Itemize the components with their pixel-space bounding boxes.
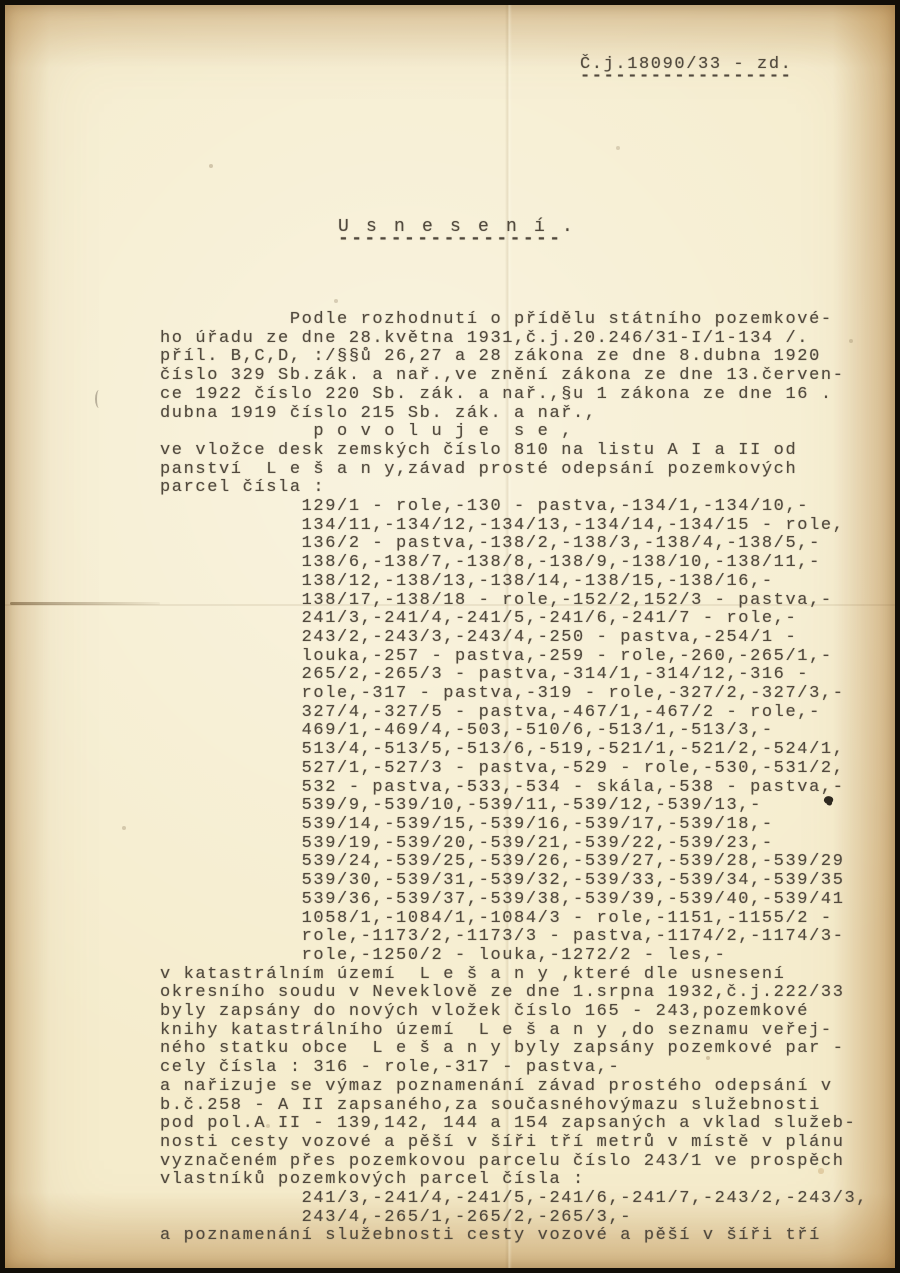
text-line: 243/2,-243/3,-243/4,-250 - pastva,-254/1… — [160, 629, 868, 648]
text-line: b.č.258 - A II zapsaného,za současnéhový… — [160, 1097, 868, 1116]
text-line: 539/14,-539/15,-539/16,-539/17,-539/18,- — [160, 816, 868, 835]
text-line: vlastníků pozemkových parcel čísla : — [160, 1171, 868, 1190]
document-title-block: U s n e s e n í . ----------------- — [338, 217, 576, 249]
text-line: 243/4,-265/1,-265/2,-265/3,- — [160, 1209, 868, 1228]
text-line: role,-1250/2 - louka,-1272/2 - les,- — [160, 947, 868, 966]
text-line: 138/17,-138/18 - role,-152/2,152/3 - pas… — [160, 592, 868, 611]
text-line: 265/2,-265/3 - pastva,-314/1,-314/12,-31… — [160, 666, 868, 685]
text-line: byly zapsány do nových vložek číslo 165 … — [160, 1003, 868, 1022]
text-line: 327/4,-327/5 - pastva,-467/1,-467/2 - ro… — [160, 704, 868, 723]
text-line: 241/3,-241/4,-241/5,-241/6,-241/7 - role… — [160, 610, 868, 629]
text-line: 527/1,-527/3 - pastva,-529 - role,-530,-… — [160, 760, 868, 779]
text-line: 138/12,-138/13,-138/14,-138/15,-138/16,- — [160, 573, 868, 592]
title-underline: ----------------- — [338, 229, 576, 249]
reference-number-block: Č.j.18090/33 - zd. ------------------ — [580, 55, 792, 86]
text-line: 1058/1,-1084/1,-1084/3 - role,-1151,-115… — [160, 910, 868, 929]
text-line: 513/4,-513/5,-513/6,-519,-521/1,-521/2,-… — [160, 741, 868, 760]
text-line: 539/9,-539/10,-539/11,-539/12,-539/13,- — [160, 797, 868, 816]
text-line: 539/30,-539/31,-539/32,-539/33,-539/34,-… — [160, 872, 868, 891]
text-line: Podle rozhodnutí o přídělu státního poze… — [160, 311, 868, 330]
text-line: 241/3,-241/4,-241/5,-241/6,-241/7,-243/2… — [160, 1190, 868, 1209]
text-line: ho úřadu ze dne 28.května 1931,č.j.20.24… — [160, 330, 868, 349]
text-line: číslo 329 Sb.zák. a nař.,ve znění zákona… — [160, 367, 868, 386]
text-line: 539/24,-539/25,-539/26,-539/27,-539/28,-… — [160, 853, 868, 872]
text-line: 136/2 - pastva,-138/2,-138/3,-138/4,-138… — [160, 535, 868, 554]
scanned-document-page: Č.j.18090/33 - zd. ------------------ U … — [0, 0, 900, 1273]
horizontal-fold-crease — [10, 602, 160, 605]
text-line: cely čísla : 316 - role,-317 - pastva,- — [160, 1059, 868, 1078]
text-line: ve vložce desk zemských číslo 810 na lis… — [160, 442, 868, 461]
text-line: role,-1173/2,-1173/3 - pastva,-1174/2,-1… — [160, 928, 868, 947]
text-line: a nařizuje se výmaz poznamenání závad pr… — [160, 1078, 868, 1097]
text-line: 129/1 - role,-130 - pastva,-134/1,-134/1… — [160, 498, 868, 517]
text-line: vyznačeném přes pozemkovou parcelu číslo… — [160, 1153, 868, 1172]
document-body: Podle rozhodnutí o přídělu státního poze… — [160, 311, 868, 1246]
text-line: 138/6,-138/7,-138/8,-138/9,-138/10,-138/… — [160, 554, 868, 573]
text-line: 134/11,-134/12,-134/13,-134/14,-134/15 -… — [160, 517, 868, 536]
text-line: ného statku obce L e š a n y byly zapsán… — [160, 1040, 868, 1059]
text-line: panství L e š a n y,závad prosté odepsán… — [160, 461, 868, 480]
text-line: louka,-257 - pastva,-259 - role,-260,-26… — [160, 648, 868, 667]
text-line: 539/36,-539/37,-539/38,-539/39,-539/40,-… — [160, 891, 868, 910]
text-line: role,-317 - pastva,-319 - role,-327/2,-3… — [160, 685, 868, 704]
paper-speckles — [5, 5, 7, 7]
text-line: ce 1922 číslo 220 Sb. zák. a nař.,§u 1 z… — [160, 386, 868, 405]
text-line: pod pol.A II - 139,142, 144 a 154 zapsan… — [160, 1115, 868, 1134]
text-line: nosti cesty vozové a pěší v šíři tří met… — [160, 1134, 868, 1153]
text-line: 539/19,-539/20,-539/21,-539/22,-539/23,- — [160, 835, 868, 854]
text-line: okresního soudu v Neveklově ze dne 1.srp… — [160, 984, 868, 1003]
text-line: knihy katastrálního území L e š a n y ,d… — [160, 1022, 868, 1041]
margin-pencil-mark — [95, 390, 103, 408]
text-line: v katastrálním území L e š a n y ,které … — [160, 966, 868, 985]
text-line: dubna 1919 číslo 215 Sb. zák. a nař., — [160, 405, 868, 424]
text-line: příl. B,C,D, :/§§ů 26,27 a 28 zákona ze … — [160, 348, 868, 367]
text-line: p o v o l u j e s e , — [160, 423, 868, 442]
text-line: a poznamenání služebnosti cesty vozové a… — [160, 1227, 868, 1246]
text-line: parcel čísla : — [160, 479, 868, 498]
text-line: 469/1,-469/4,-503,-510/6,-513/1,-513/3,- — [160, 722, 868, 741]
reference-underline: ------------------ — [580, 67, 792, 86]
text-line: 532 - pastva,-533,-534 - skála,-538 - pa… — [160, 779, 868, 798]
